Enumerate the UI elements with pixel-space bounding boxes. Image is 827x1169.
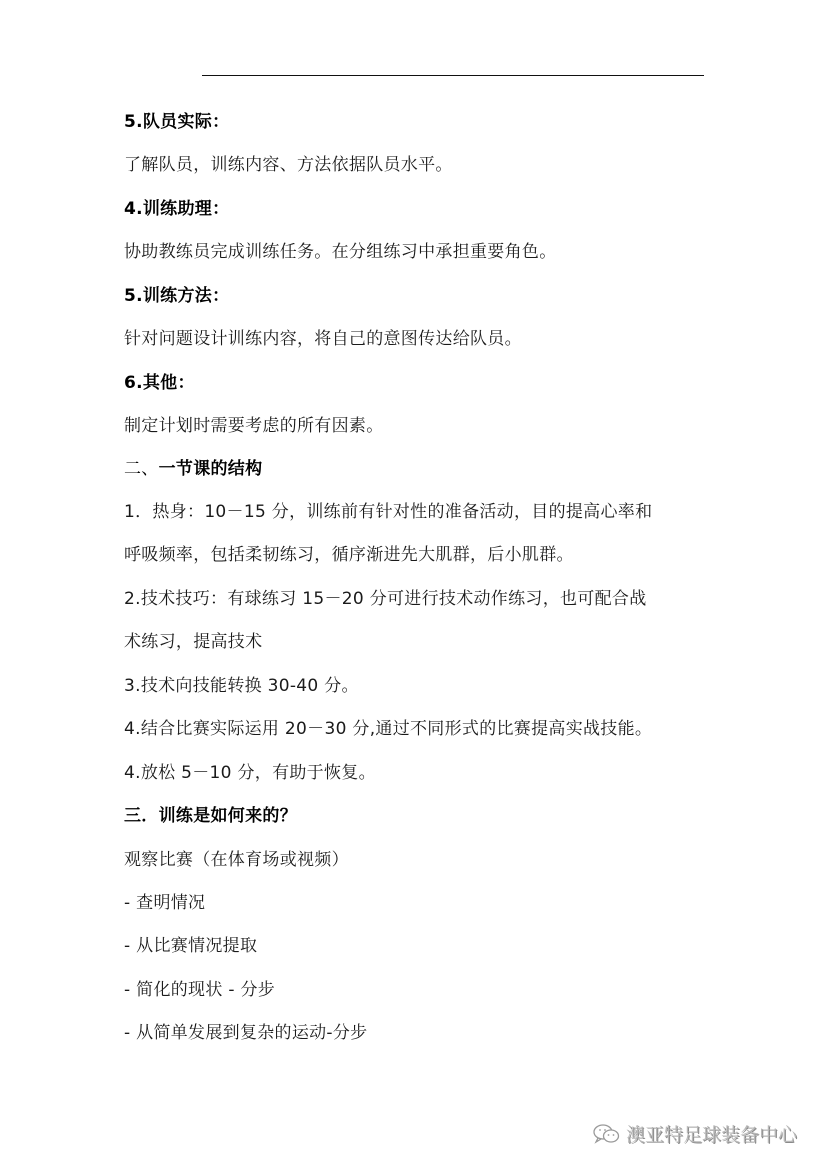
paragraph: 针对问题设计训练内容，将自己的意图传达给队员。 (124, 328, 522, 350)
heading-player-reality: 5.队员实际： (124, 111, 229, 133)
list-item-continuation: 术练习，提高技术 (124, 631, 262, 653)
paragraph: 协助教练员完成训练任务。在分组练习中承担重要角色。 (124, 241, 557, 263)
list-item: 4.放松 5－10 分，有助于恢复。 (124, 762, 376, 784)
paragraph: 观察比赛（在体育场或视频） (124, 849, 349, 871)
list-item: 1．热身：10－15 分，训练前有针对性的准备活动，目的提高心率和 (124, 501, 652, 523)
section-title: 一节课的结构 (159, 459, 263, 479)
watermark: 澳亚特足球装备中心 (592, 1120, 797, 1147)
paragraph: 制定计划时需要考虑的所有因素。 (124, 415, 384, 437)
list-item-continuation: 呼吸频率，包括柔韧练习，循序渐进先大肌群，后小肌群。 (124, 544, 574, 566)
watermark-text: 澳亚特足球装备中心 (626, 1120, 797, 1147)
list-item: 4.结合比赛实际运用 20－30 分,通过不同形式的比赛提高实战技能。 (124, 718, 652, 740)
bullet-item: - 从比赛情况提取 (124, 935, 257, 957)
paragraph: 了解队员，训练内容、方法依据队员水平。 (124, 154, 453, 176)
section-heading-lesson-structure: 二、一节课的结构 (124, 458, 262, 480)
section-number: 二、 (124, 459, 159, 479)
list-item: 3.技术向技能转换 30-40 分。 (124, 675, 359, 697)
heading-training-assistant: 4.训练助理： (124, 198, 229, 220)
heading-other: 6.其他： (124, 372, 195, 394)
header-rule (202, 75, 704, 76)
bullet-item: - 查明情况 (124, 892, 205, 914)
bullet-item: - 简化的现状 - 分步 (124, 979, 275, 1001)
bullet-item: - 从简单发展到复杂的运动-分步 (124, 1022, 367, 1044)
wechat-icon (592, 1122, 622, 1146)
section-heading-training-origin: 三．训练是如何来的？ (124, 805, 297, 827)
heading-training-method: 5.训练方法： (124, 285, 229, 307)
list-item: 2.技术技巧：有球练习 15－20 分可进行技术动作练习，也可配合战 (124, 588, 647, 610)
